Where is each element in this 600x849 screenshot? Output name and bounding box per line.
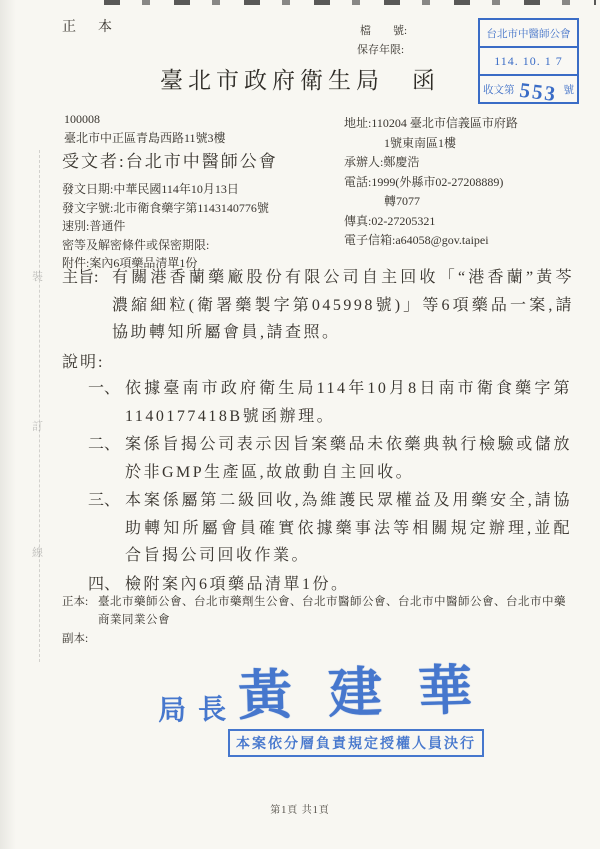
explanation-item-1: 一、 依據臺南市政府衛生局114年10月8日南市衛食藥字第1140177418B… [88, 375, 572, 430]
item-number: 二、 [88, 431, 125, 486]
binding-mark-xian: 線 [32, 544, 43, 560]
distribution-block: 正本: 臺北市藥師公會、台北市藥劑生公會、台北市醫師公會、台北市中醫師公會、台北… [62, 594, 567, 649]
page-number: 第1頁 共1頁 [0, 801, 600, 816]
original-recipients-row: 正本: 臺北市藥師公會、台北市藥劑生公會、台北市醫師公會、台北市中醫師公會、台北… [62, 594, 567, 629]
binding-mark-ding: 訂 [32, 418, 43, 434]
document-title: 臺北市政府衛生局 函 [0, 62, 600, 95]
item-number: 一、 [88, 375, 125, 430]
subject-block: 主旨: 有關港香蘭藥廠股份有限公司自主回收「“港香蘭”黃芩濃縮細粒(衛署藥製字第… [62, 264, 574, 347]
explanation-label: 說明: [62, 349, 104, 372]
recipient-zip: 100008 [64, 112, 100, 127]
contact-phone-line1: 電話:1999(外縣市02-27208889) [344, 173, 518, 193]
contact-phone-line2: 轉7077 [344, 192, 518, 212]
explanation-item-3: 三、 本案係屬第二級回收,為維護民眾權益及用藥安全,請協助轉知所屬會員確實依據藥… [88, 487, 572, 570]
file-number-label: 檔 號: [360, 22, 407, 38]
explanation-items: 一、 依據臺南市政府衛生局114年10月8日南市衛食藥字第1140177418B… [88, 375, 572, 599]
contact-fax-line: 傳真:02-27205321 [344, 212, 518, 232]
recipient-line: 受文者:台北市中醫師公會 [62, 147, 278, 172]
scan-left-edge-shadow [0, 0, 16, 849]
contact-email-line: 電子信箱:a64058@gov.taipei [344, 231, 518, 251]
recipient-street: 臺北市中正區青島西路11號3樓 [64, 129, 226, 146]
item-text: 案係旨揭公司表示因旨案藥品未依藥典執行檢驗或儲放於非GMP生產區,故啟動自主回收… [125, 431, 572, 486]
subject-label: 主旨: [62, 264, 112, 347]
issue-number-line: 發文字號:北市衛食藥字第1143140776號 [62, 199, 269, 218]
item-text: 本案係屬第二級回收,為維護民眾權益及用藥安全,請協助轉知所屬會員確實依據藥事法等… [125, 487, 572, 570]
binding-mark-zhuang: 裝 [32, 268, 43, 284]
scanned-official-letter: 裝 訂 線 正 本 檔 號: 保存年限: 台北市中醫師公會 114. 10. 1… [0, 0, 600, 849]
original-label: 正本: [62, 594, 98, 629]
retention-period-label: 保存年限: [357, 41, 404, 57]
contact-officer-line: 承辦人:鄭慶浩 [344, 153, 518, 173]
binding-dotted-line [39, 150, 40, 662]
original-recipients: 臺北市藥師公會、台北市藥劑生公會、台北市醫師公會、台北市中醫師公會、台北市中藥商… [98, 594, 567, 629]
contact-block: 地址:110204 臺北市信義區市府路 1號東南區1樓 承辦人:鄭慶浩 電話:1… [344, 114, 518, 251]
commissioner-title-chop: 局長 [158, 687, 239, 728]
delegation-authority-chop: 本案依分層負責規定授權人員決行 [228, 729, 484, 757]
contact-address-line1: 地址:110204 臺北市信義區市府路 [344, 114, 518, 134]
security-class-line: 密等及解密條件或保密期限: [62, 236, 269, 255]
scan-top-artifact [104, 0, 596, 5]
contact-address-line2: 1號東南區1樓 [344, 134, 518, 154]
copy-type-label: 正 本 [62, 16, 116, 36]
explanation-item-2: 二、 案係旨揭公司表示因旨案藥品未依藥典執行檢驗或儲放於非GMP生產區,故啟動自… [88, 431, 572, 486]
commissioner-name-chop: 黃建華 [237, 646, 509, 730]
speed-class-line: 速別:普通件 [62, 217, 269, 236]
copy-label: 副本: [62, 631, 98, 649]
issue-date-line: 發文日期:中華民國114年10月13日 [62, 180, 269, 199]
receipt-stamp-org: 台北市中醫師公會 [480, 20, 577, 46]
meta-left-block: 發文日期:中華民國114年10月13日 發文字號:北市衛食藥字第11431407… [62, 180, 269, 273]
subject-text: 有關港香蘭藥廠股份有限公司自主回收「“港香蘭”黃芩濃縮細粒(衛署藥製字第0459… [112, 264, 574, 347]
item-text: 依據臺南市政府衛生局114年10月8日南市衛食藥字第1140177418B號函辦… [125, 375, 572, 430]
item-number: 三、 [88, 487, 125, 570]
